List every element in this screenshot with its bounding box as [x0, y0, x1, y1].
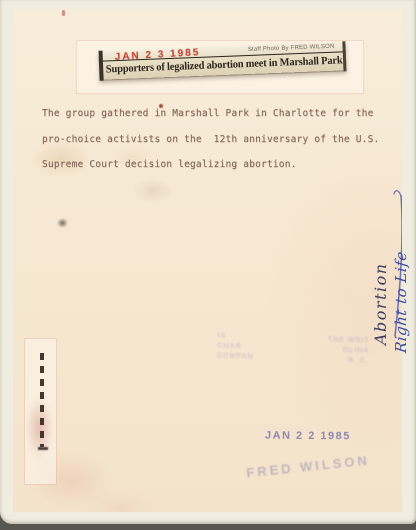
archive-stamp-left-column: IS CHAR COMPAN: [216, 332, 254, 379]
photo-print-back: Staff Photo By FRED WILSON Supporters of…: [0, 0, 416, 524]
handwritten-category: Right to Life: [392, 256, 412, 354]
archive-stamp-text: IS: [218, 332, 255, 340]
caption-line-2: pro-choice activists on the 12th anniver…: [42, 134, 379, 145]
ink-blob: [57, 218, 68, 228]
archive-stamp-text: THE WRIT: [328, 336, 370, 344]
handwritten-topic: Abortion: [371, 269, 391, 345]
photographer-stamp: FRED WILSON: [246, 453, 371, 481]
ink-marks: [40, 353, 44, 447]
caption-line-3: Supreme Court decision legalizing aborti…: [42, 159, 297, 170]
archive-stamp-text: N. C.: [327, 356, 369, 364]
typed-caption: The group gathered in Marshall Park in C…: [42, 101, 379, 178]
received-date-stamp: JAN 2 2 1985: [265, 430, 351, 443]
archive-stamp-text: OLINA: [327, 346, 369, 354]
small-ink-mark: [38, 447, 48, 450]
ink-speck: [62, 10, 65, 16]
archive-stamp-text: CHAR: [217, 342, 254, 350]
faint-archive-stamp: IS CHAR COMPAN THE WRIT OLINA N. C.: [216, 332, 370, 383]
archive-stamp-text: COMPAN: [217, 352, 254, 360]
verso-paper: Staff Photo By FRED WILSON Supporters of…: [13, 9, 402, 512]
left-tape-strip: [25, 339, 56, 484]
scanned-photo-verso: Staff Photo By FRED WILSON Supporters of…: [0, 0, 416, 530]
caption-line-1: The group gathered in Marshall Park in C…: [42, 108, 374, 119]
archive-stamp-right-column: THE WRIT OLINA N. C.: [326, 336, 369, 383]
